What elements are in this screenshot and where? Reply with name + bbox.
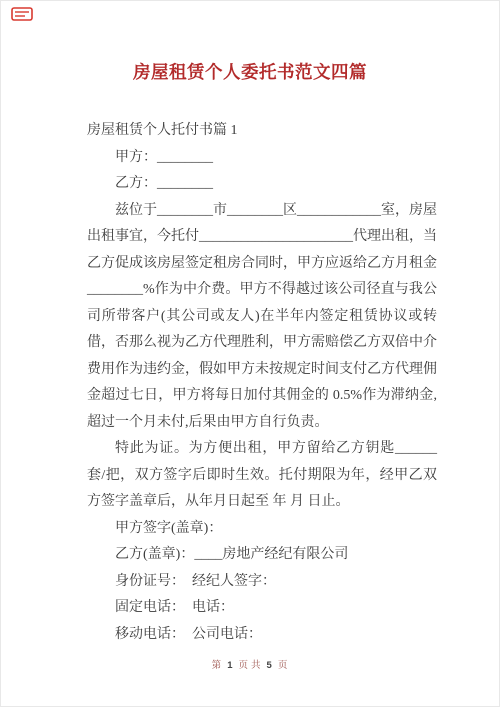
line-party-a-signature: 甲方签字(盖章)： xyxy=(87,516,437,543)
line-party-b: 乙方：________ xyxy=(87,171,437,198)
footer-total-pages: 5 xyxy=(267,660,273,671)
paragraph-certification: 特此为证。为方便出租，甲方留给乙方钥匙______套/把，双方签字后即时生效。托… xyxy=(87,436,437,516)
document-page: { "logo": { "name": "site-logo-mark", "c… xyxy=(0,0,500,707)
footer-label-di: 第 xyxy=(212,661,223,671)
site-logo-icon xyxy=(11,7,33,21)
footer-label-ye1: 页 xyxy=(238,661,249,671)
line-fixed-phone: 固定电话： 电话： xyxy=(87,595,437,622)
page-footer: 第1页共5页 xyxy=(1,657,499,671)
line-party-a: 甲方：________ xyxy=(87,145,437,172)
footer-label-ye2: 页 xyxy=(278,661,289,671)
line-party-b-seal: 乙方(盖章)：____房地产经纪有限公司 xyxy=(87,542,437,569)
page-title: 房屋租赁个人委托书范文四篇 xyxy=(1,59,499,84)
line-id-number: 身份证号： 经纪人签字： xyxy=(87,569,437,596)
footer-label-gong: 共 xyxy=(251,661,262,671)
line-mobile-phone: 移动电话： 公司电话： xyxy=(87,622,437,649)
footer-current-page: 1 xyxy=(227,660,233,671)
document-body: 房屋租赁个人托付书篇 1 甲方：________ 乙方：________ 兹位于… xyxy=(87,118,437,648)
paragraph-terms: 兹位于________市________区____________室，房屋出租事… xyxy=(87,198,437,437)
doc-heading: 房屋租赁个人托付书篇 1 xyxy=(87,118,437,145)
